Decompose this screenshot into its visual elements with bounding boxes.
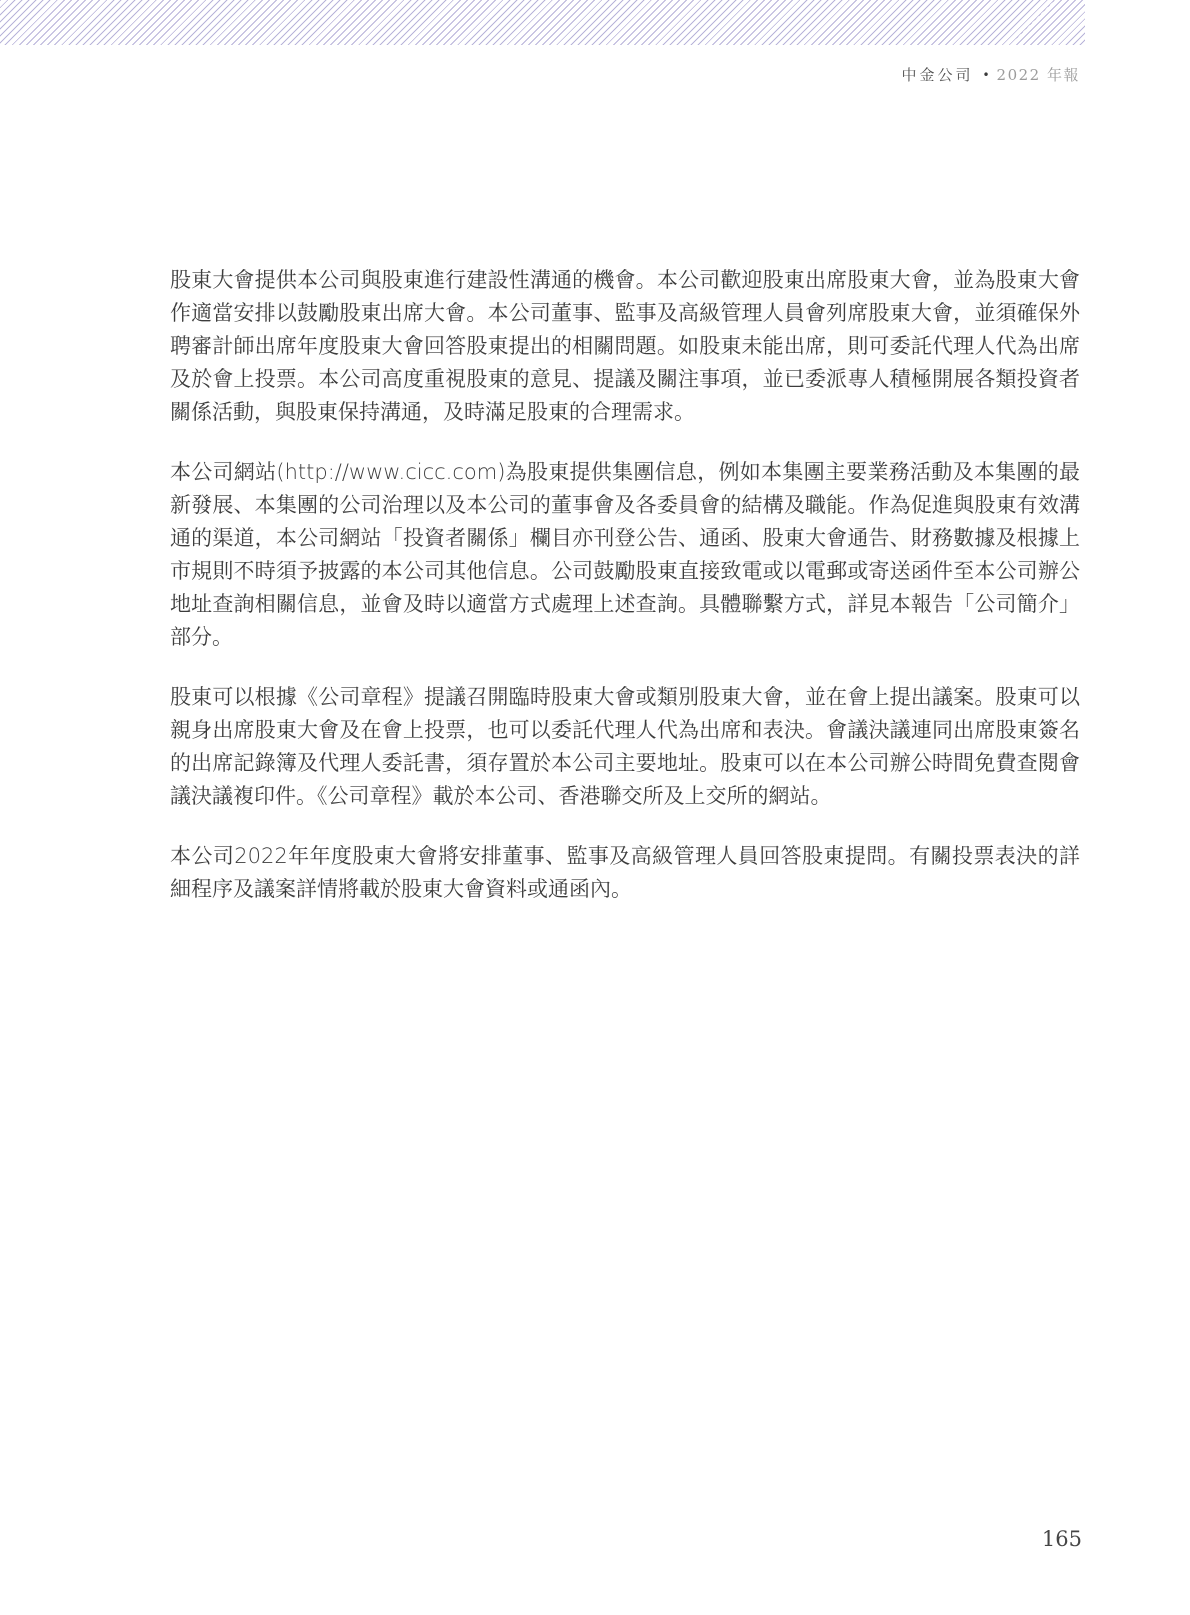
annual-report-page: 中金公司•2022 年報 股東大會提供本公司與股東進行建設性溝通的機會。本公司歡… [0,0,1190,1615]
paragraph-company-website-information: 本公司網站(http://www.cicc.com)為股東提供集團信息，例如本集… [170,456,1080,654]
decorative-hatch-band [0,0,1085,45]
report-edition: 2022 年報 [997,66,1080,84]
company-name: 中金公司 [901,66,973,84]
page-number: 165 [1042,1527,1082,1551]
running-head: 中金公司•2022 年報 [901,64,1080,85]
paragraph-2022-agm-arrangements: 本公司2022年年度股東大會將安排董事、監事及高級管理人員回答股東提問。有關投票… [170,840,1080,906]
bullet-separator: • [982,68,989,82]
body-content: 股東大會提供本公司與股東進行建設性溝通的機會。本公司歡迎股東出席股東大會，並為股… [170,264,1080,933]
paragraph-articles-of-association-rights: 股東可以根據《公司章程》提議召開臨時股東大會或類別股東大會，並在會上提出議案。股… [170,681,1080,813]
paragraph-shareholder-meeting-communication: 股東大會提供本公司與股東進行建設性溝通的機會。本公司歡迎股東出席股東大會，並為股… [170,264,1080,429]
